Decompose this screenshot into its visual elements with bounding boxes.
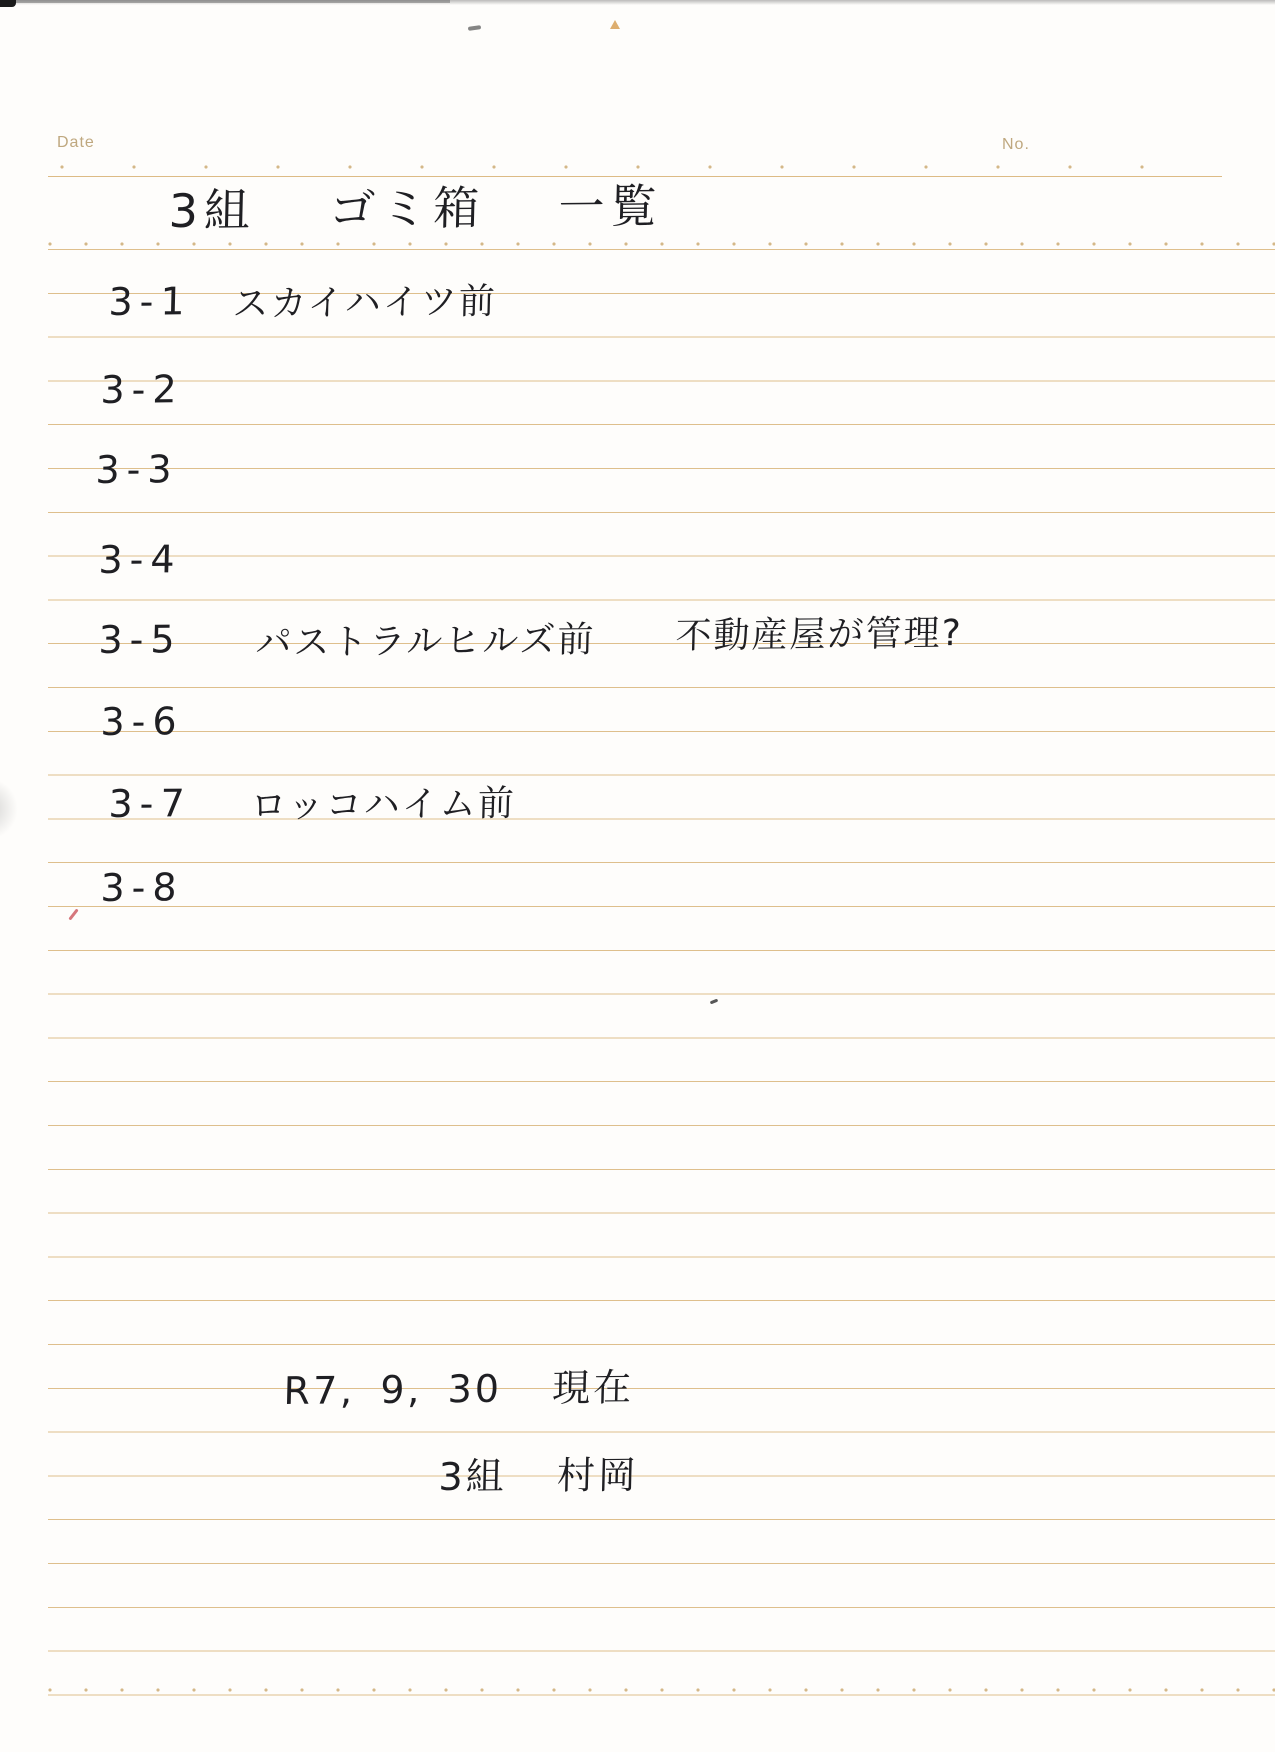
entry-id: 3-3 bbox=[95, 447, 179, 492]
scan-corner-mark bbox=[0, 0, 16, 7]
entry-id: 3-8 bbox=[100, 865, 184, 910]
entry-id: 3-5 bbox=[98, 617, 182, 662]
entry-id: 3-2 bbox=[100, 367, 184, 412]
as-of-date: R7, 9, 30 現在 bbox=[283, 1356, 635, 1415]
entry-note: 不動産屋が管理? bbox=[675, 605, 963, 659]
entry-id: 3-7 bbox=[108, 781, 192, 826]
entry-id: 3-6 bbox=[100, 699, 184, 744]
ruled-lines bbox=[48, 249, 1275, 1697]
page-title: 3組 ゴミ箱 一覧 bbox=[168, 170, 663, 241]
date-label: Date bbox=[57, 134, 95, 152]
entry-location: スカイハイツ前 bbox=[232, 273, 497, 327]
entry-location: パストラルヒルズ前 bbox=[255, 611, 596, 666]
scan-edge-smudge bbox=[0, 778, 18, 840]
scan-gray-dash bbox=[468, 25, 481, 31]
scan-top-band-dark bbox=[0, 0, 450, 3]
tick-dots-bottom-line bbox=[48, 1688, 1275, 1693]
scan-tan-triangle bbox=[610, 20, 620, 29]
signature: 3組 村岡 bbox=[438, 1444, 640, 1501]
no-label: No. bbox=[1002, 136, 1030, 154]
entry-location: ロッコハイム前 bbox=[250, 775, 517, 829]
entry-id: 3-4 bbox=[98, 537, 182, 582]
entry-id: 3-1 bbox=[108, 279, 192, 324]
tick-dots-first-line bbox=[48, 242, 1275, 247]
